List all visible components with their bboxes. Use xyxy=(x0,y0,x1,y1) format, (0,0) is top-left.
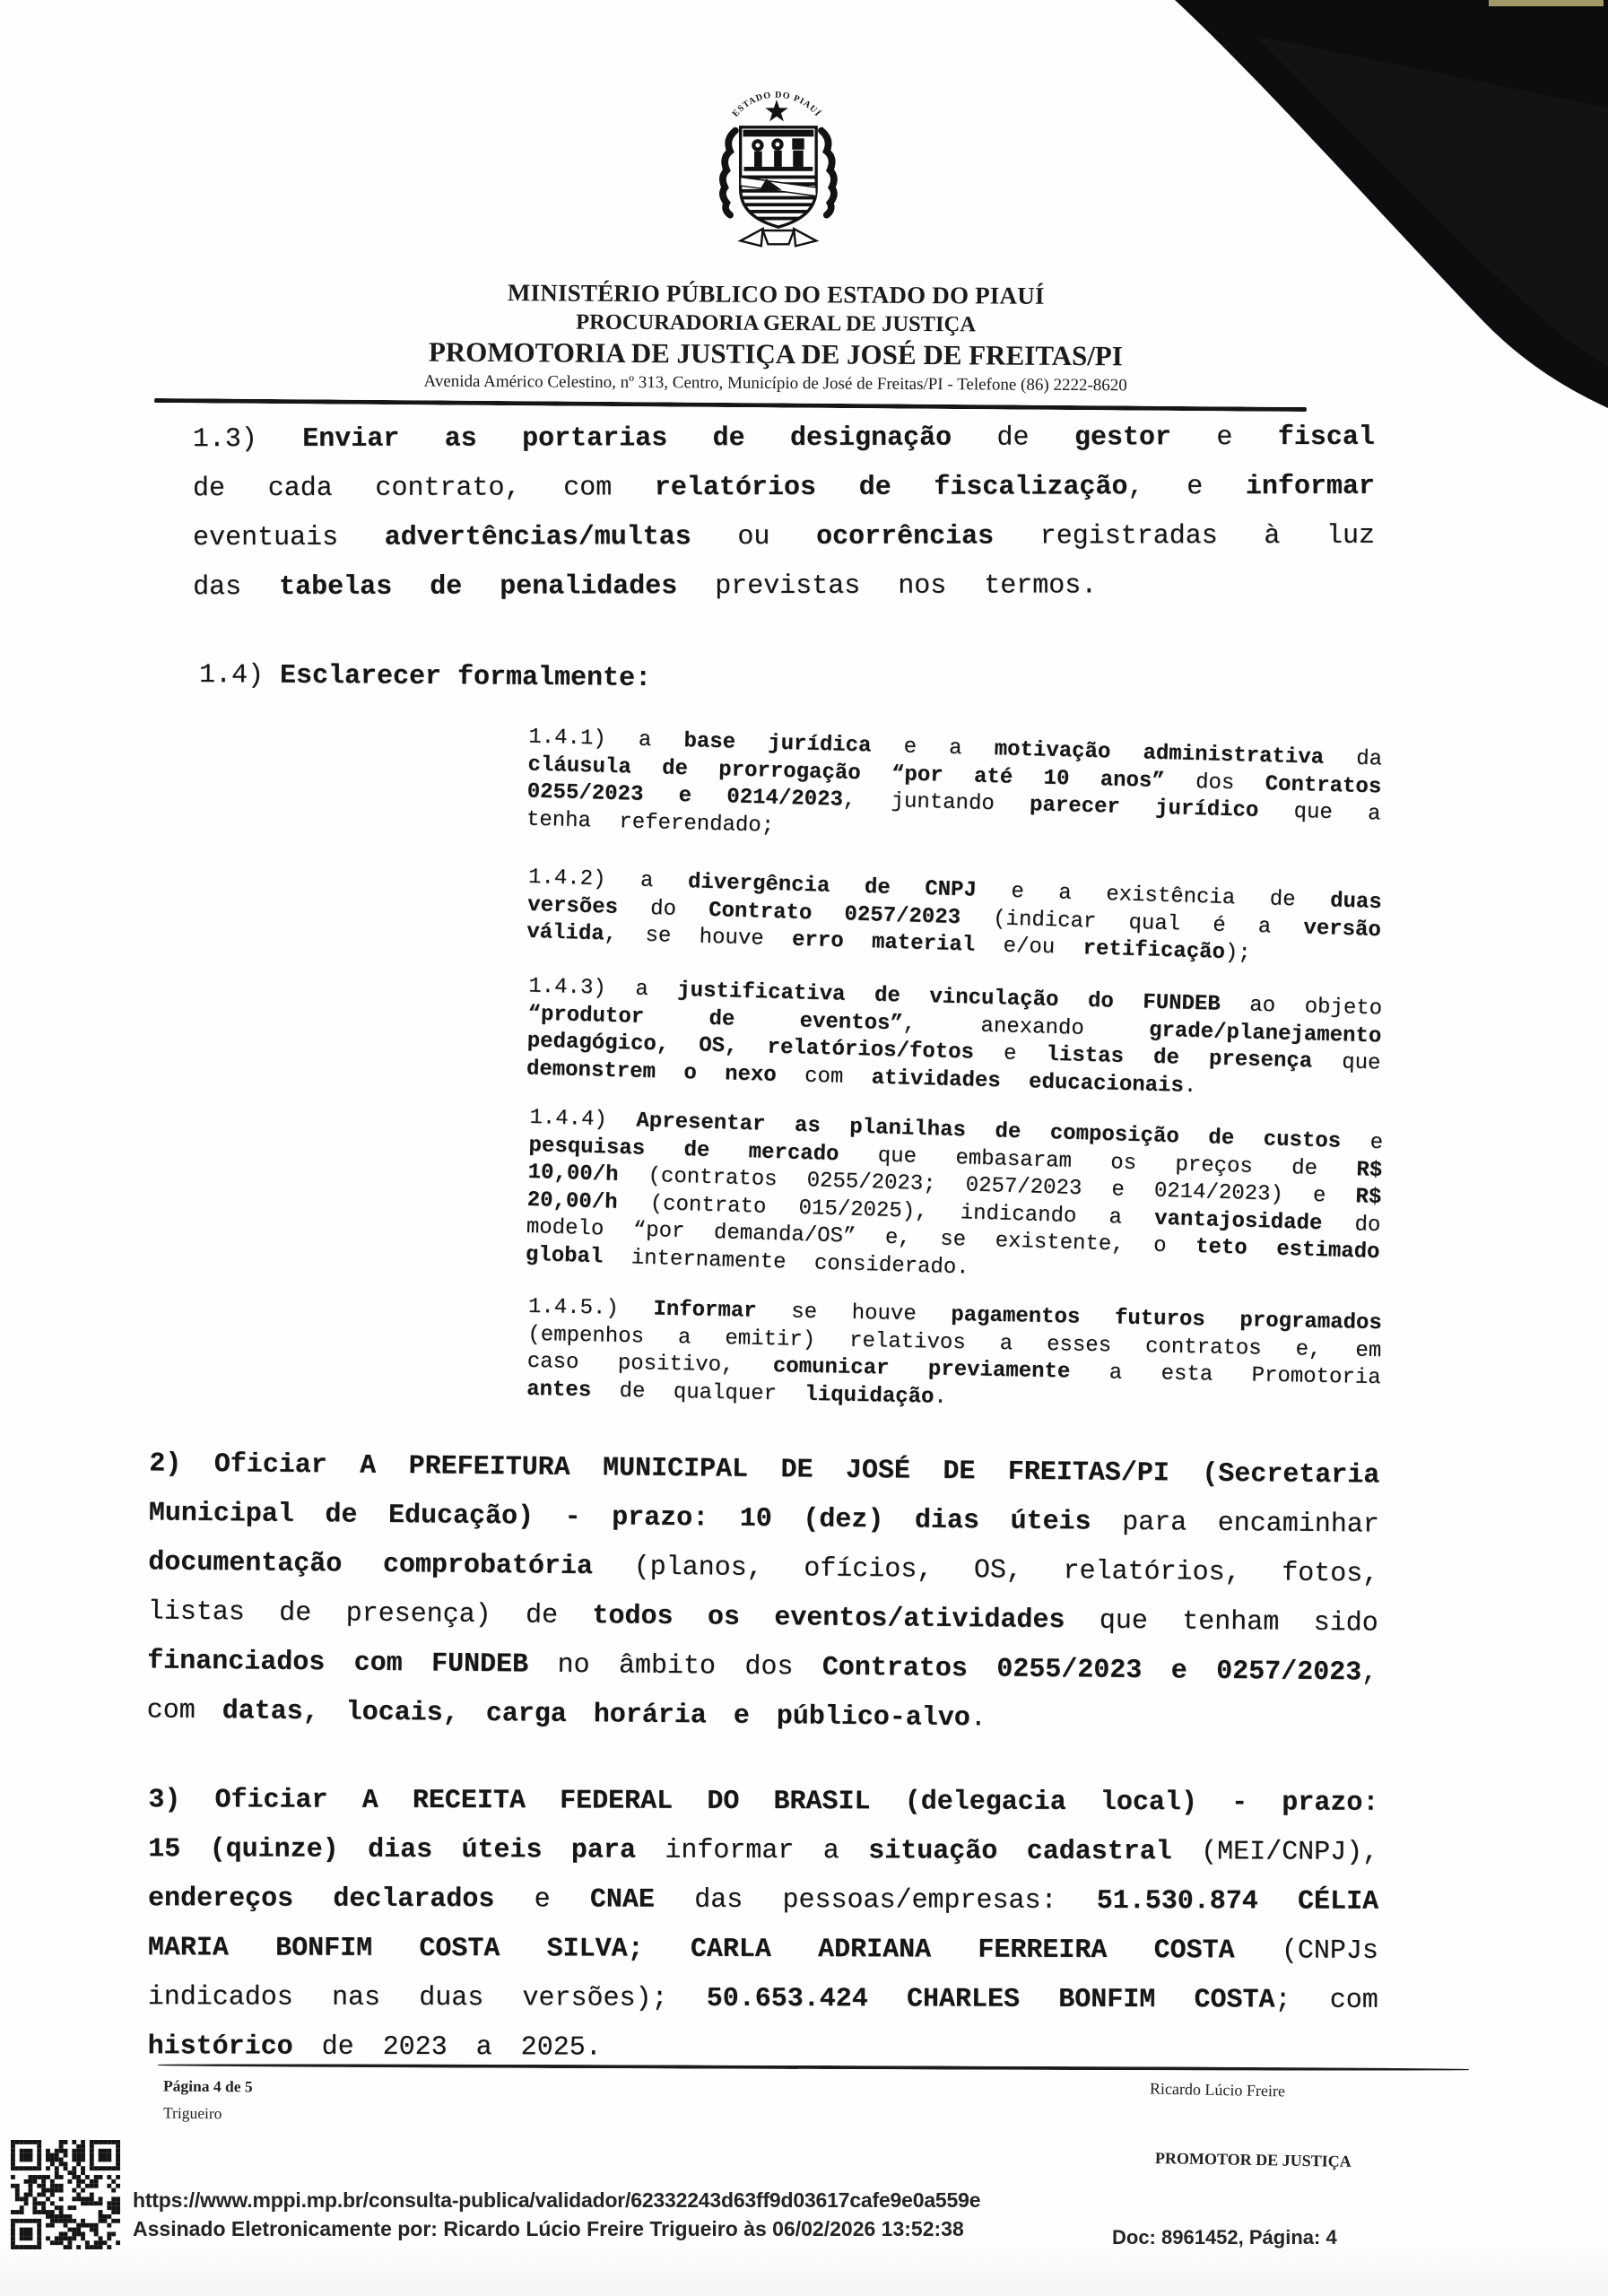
crest-star xyxy=(765,100,788,121)
crest-ribbon xyxy=(741,229,816,246)
page-footer-surname: Trigueiro xyxy=(163,2104,222,2124)
coat-of-arms: ESTADO DO PIAUÍ xyxy=(691,75,863,278)
page-number: Página 4 de 5 xyxy=(163,2076,253,2096)
crest-branch-left xyxy=(723,131,735,215)
scanned-document-page: ESTADO DO PIAUÍ xyxy=(0,0,1608,2296)
qr-code xyxy=(11,2140,120,2249)
paragraph-1-4-1: 1.4.1) a base jurídica e a motivação adm… xyxy=(526,725,1383,857)
signer-name: Ricardo Lúcio Freire xyxy=(1150,2080,1285,2101)
paragraph-1-4-5: 1.4.5.) Informar se houve pagamentos fut… xyxy=(526,1294,1382,1420)
scanner-lid-sliver xyxy=(1489,0,1604,6)
paragraph-1-4-3: 1.4.3) a justificativa de vinculação do … xyxy=(526,974,1383,1106)
letterhead-divider xyxy=(154,398,1307,412)
org-address: Avenida Américo Celestino, nº 313, Centr… xyxy=(251,369,1300,398)
paragraph-3: 3) Oficiar A RECEITA FEDERAL DO BRASIL (… xyxy=(148,1776,1379,2075)
paragraph-1-3: 1.3) Enviar as portarias de designação d… xyxy=(193,413,1375,613)
paragraph-1-4-4: 1.4.4) Apresentar as planilhas de compos… xyxy=(525,1105,1383,1294)
paragraph-1-4-heading: 1.4) Esclarecer formalmente: xyxy=(199,651,652,704)
org-office: PROMOTORIA DE JUSTIÇA DE JOSÉ DE FREITAS… xyxy=(251,334,1300,373)
letterhead: MINISTÉRIO PÚBLICO DO ESTADO DO PIAUÍ PR… xyxy=(251,276,1301,398)
doc-reference: Doc: 8961452, Página: 4 xyxy=(1112,2226,1337,2249)
validation-url: https://www.mppi.mp.br/consulta-publica/… xyxy=(133,2188,980,2213)
paragraph-1-4-2: 1.4.2) a divergência de CNPJ e a existên… xyxy=(526,865,1382,972)
signer-role: PROMOTOR DE JUSTIÇA xyxy=(1155,2149,1352,2171)
electronic-signature-line: Assinado Eletronicamente por: Ricardo Lú… xyxy=(133,2217,964,2241)
paragraph-2: 2) Oficiar A PREFEITURA MUNICIPAL DE JOS… xyxy=(146,1439,1379,1747)
crest-branch-right xyxy=(821,131,834,215)
